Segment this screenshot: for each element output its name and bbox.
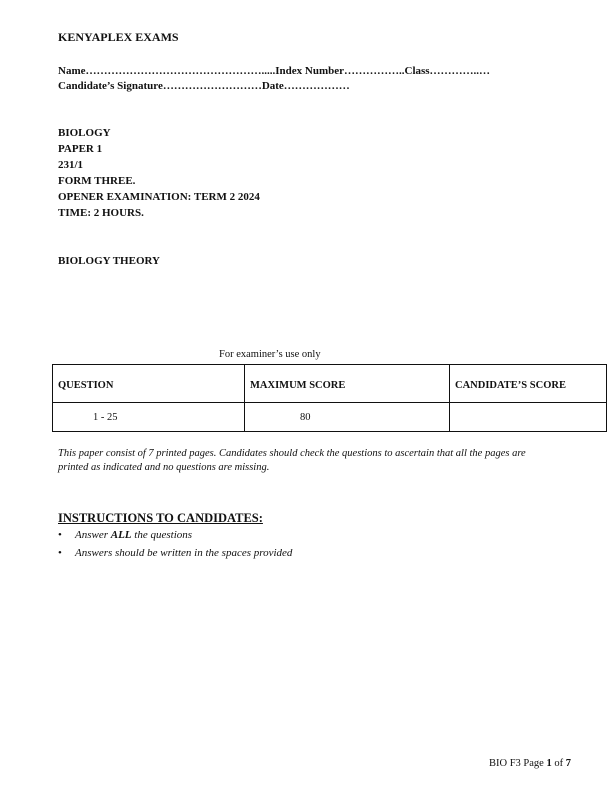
footer-prefix: BIO F3 Page	[489, 758, 546, 769]
instruction-item: •Answers should be written in the spaces…	[58, 547, 292, 559]
subject-label: BIOLOGY	[58, 127, 111, 139]
bullet-icon: •	[58, 529, 75, 541]
examiner-use-caption: For examiner’s use only	[219, 349, 321, 360]
instruction-text: Answer	[75, 529, 111, 541]
pages-notice: This paper consist of 7 printed pages. C…	[58, 447, 528, 475]
instruction-emphasis: ALL	[111, 529, 132, 541]
cell-question-range: 1 - 25	[53, 403, 245, 432]
signature-date-line: Candidate’s Signature………………………Date………………	[58, 80, 350, 92]
instruction-item: •Answer ALL the questions	[58, 529, 192, 541]
section-label: BIOLOGY THEORY	[58, 255, 160, 267]
score-table-header: QUESTION MAXIMUM SCORE CANDIDATE’S SCORE	[53, 365, 607, 403]
document-title: KENYAPLEX EXAMS	[58, 30, 179, 45]
header-question: QUESTION	[53, 365, 245, 403]
exam-label: OPENER EXAMINATION: TERM 2 2024	[58, 191, 260, 203]
instructions-heading: INSTRUCTIONS TO CANDIDATES:	[58, 511, 263, 526]
form-label: FORM THREE.	[58, 175, 135, 187]
score-table: QUESTION MAXIMUM SCORE CANDIDATE’S SCORE…	[52, 364, 607, 432]
table-row: 1 - 25 80	[53, 403, 607, 432]
footer-of: of	[552, 758, 566, 769]
time-label: TIME: 2 HOURS.	[58, 207, 144, 219]
page-footer: BIO F3 Page 1 of 7	[489, 758, 571, 769]
name-index-class-line: Name………………………………………….....Index Number…………	[58, 65, 490, 77]
header-maximum-score: MAXIMUM SCORE	[245, 365, 450, 403]
header-candidate-score: CANDIDATE’S SCORE	[450, 365, 607, 403]
paper-label: PAPER 1	[58, 143, 102, 155]
paper-code: 231/1	[58, 159, 83, 171]
cell-maximum-score: 80	[245, 403, 450, 432]
bullet-icon: •	[58, 547, 75, 559]
footer-total-pages: 7	[566, 758, 571, 769]
instruction-text: Answers should be written in the spaces …	[75, 547, 292, 559]
instruction-text: the questions	[132, 529, 193, 541]
cell-candidate-score[interactable]	[450, 403, 607, 432]
